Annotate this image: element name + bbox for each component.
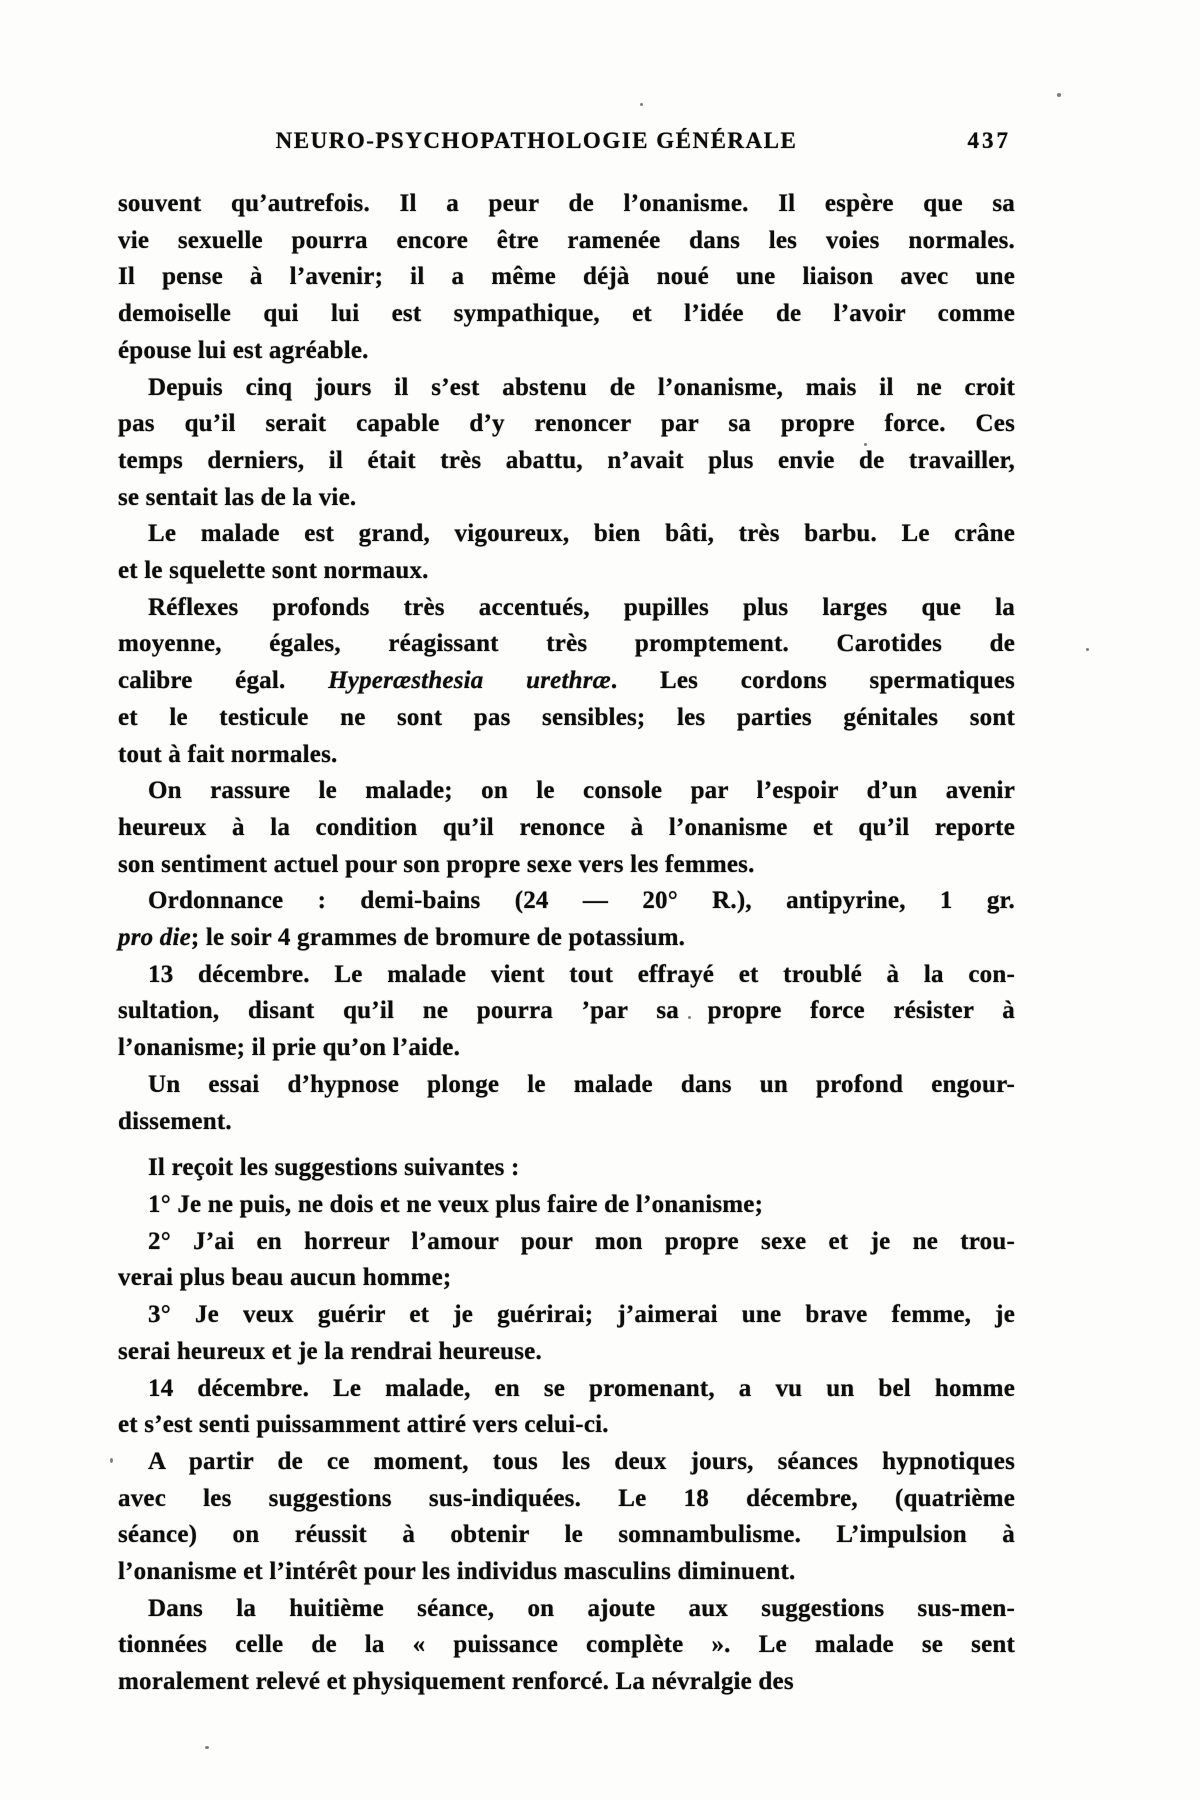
- paper-speck: [688, 1016, 691, 1019]
- text-line: l’onanisme et l’intérêt pour les individ…: [118, 1554, 1015, 1591]
- paragraph: 13 décembre. Le malade vient tout effray…: [118, 957, 1015, 1067]
- page-title: NEURO-PSYCHOPATHOLOGIE GÉNÉRALE: [118, 128, 955, 154]
- paragraph: 1° Je ne puis, ne dois et ne veux plus f…: [118, 1187, 1015, 1224]
- page-number: 437: [968, 128, 1012, 154]
- paragraph: Il reçoit les suggestions suivantes :: [118, 1150, 1015, 1187]
- text-body: souvent qu’autrefois. Il a peur de l’ona…: [118, 186, 1015, 1701]
- paper-speck: [205, 1746, 209, 1749]
- text-segment: . Les cordons spermatiques: [611, 667, 1015, 694]
- text-line: tionnées celle de la « puissance complèt…: [118, 1627, 1015, 1664]
- text-line: On rassure le malade; on le console par …: [118, 773, 1015, 810]
- text-line: épouse lui est agréable.: [118, 333, 1015, 370]
- text-line: Depuis cinq jours il s’est abstenu de l’…: [118, 370, 1015, 407]
- paragraph: On rassure le malade; on le console par …: [118, 773, 1015, 883]
- italic-text: Hyperæsthesia urethræ: [328, 667, 611, 694]
- text-line: et le squelette sont normaux.: [118, 553, 1015, 590]
- paper-speck: [640, 103, 643, 106]
- text-line: et le testicule ne sont pas sensibles; l…: [118, 700, 1015, 737]
- text-line: séance) on réussit à obtenir le somnambu…: [118, 1517, 1015, 1554]
- text-line: 1° Je ne puis, ne dois et ne veux plus f…: [118, 1187, 1015, 1224]
- text-line: calibre égal. Hyperæsthesia urethræ. Les…: [118, 663, 1015, 700]
- text-line: serai heureux et je la rendrai heureuse.: [118, 1334, 1015, 1371]
- text-line: sultation, disant qu’il ne pourra ’par s…: [118, 993, 1015, 1030]
- paragraph: Depuis cinq jours il s’est abstenu de l’…: [118, 370, 1015, 517]
- text-line: Dans la huitième séance, on ajoute aux s…: [118, 1591, 1015, 1628]
- text-column: NEURO-PSYCHOPATHOLOGIE GÉNÉRALE 437 souv…: [118, 128, 1015, 1701]
- text-line: Le malade est grand, vigoureux, bien bât…: [118, 516, 1015, 553]
- paper-speck: [1086, 648, 1089, 651]
- text-line: dissement.: [118, 1104, 1015, 1141]
- paper-speck: [110, 1458, 113, 1463]
- text-line: 2° J’ai en horreur l’amour pour mon prop…: [118, 1224, 1015, 1261]
- paper-speck: [1057, 93, 1061, 97]
- italic-text: pro die: [118, 924, 191, 951]
- text-line: et s’est senti puissamment attiré vers c…: [118, 1407, 1015, 1444]
- text-line: 3° Je veux guérir et je guérirai; j’aime…: [118, 1297, 1015, 1334]
- text-line: tout à fait normales.: [118, 737, 1015, 774]
- scanned-book-page: NEURO-PSYCHOPATHOLOGIE GÉNÉRALE 437 souv…: [0, 0, 1200, 1800]
- text-line: pas qu’il serait capable d’y renoncer pa…: [118, 406, 1015, 443]
- text-line: avec les suggestions sus-indiquées. Le 1…: [118, 1481, 1015, 1518]
- paragraph: 2° J’ai en horreur l’amour pour mon prop…: [118, 1224, 1015, 1297]
- text-line: Un essai d’hypnose plonge le malade dans…: [118, 1067, 1015, 1104]
- text-line: se sentait las de la vie.: [118, 480, 1015, 517]
- text-line: l’onanisme; il prie qu’on l’aide.: [118, 1030, 1015, 1067]
- text-line: Il pense à l’avenir; il a même déjà noué…: [118, 259, 1015, 296]
- running-head: NEURO-PSYCHOPATHOLOGIE GÉNÉRALE 437: [118, 128, 1015, 162]
- paper-speck: [864, 443, 867, 446]
- text-line: verai plus beau aucun homme;: [118, 1260, 1015, 1297]
- text-line: son sentiment actuel pour son propre sex…: [118, 847, 1015, 884]
- text-line: moralement relevé et physiquement renfor…: [118, 1664, 1015, 1701]
- paragraph: Réflexes profonds très accentués, pupill…: [118, 590, 1015, 774]
- paragraph: A partir de ce moment, tous les deux jou…: [118, 1444, 1015, 1591]
- paragraph: souvent qu’autrefois. Il a peur de l’ona…: [118, 186, 1015, 370]
- text-line: Réflexes profonds très accentués, pupill…: [118, 590, 1015, 627]
- paragraph: 14 décembre. Le malade, en se promenant,…: [118, 1371, 1015, 1444]
- text-line: 14 décembre. Le malade, en se promenant,…: [118, 1371, 1015, 1408]
- text-line: Ordonnance : demi-bains (24 — 20° R.), a…: [118, 883, 1015, 920]
- paragraph: Un essai d’hypnose plonge le malade dans…: [118, 1067, 1015, 1140]
- text-line: moyenne, égales, réagissant très prompte…: [118, 626, 1015, 663]
- paragraph: 3° Je veux guérir et je guérirai; j’aime…: [118, 1297, 1015, 1370]
- text-line: souvent qu’autrefois. Il a peur de l’ona…: [118, 186, 1015, 223]
- text-line: Il reçoit les suggestions suivantes :: [118, 1150, 1015, 1187]
- text-line: heureux à la condition qu’il renonce à l…: [118, 810, 1015, 847]
- paragraph: Ordonnance : demi-bains (24 — 20° R.), a…: [118, 883, 1015, 956]
- paragraph: Le malade est grand, vigoureux, bien bât…: [118, 516, 1015, 589]
- text-line: pro die; le soir 4 grammes de bromure de…: [118, 920, 1015, 957]
- text-segment: ; le soir 4 grammes de bromure de potass…: [191, 924, 685, 951]
- text-line: demoiselle qui lui est sympathique, et l…: [118, 296, 1015, 333]
- text-segment: calibre égal.: [118, 667, 328, 694]
- text-line: A partir de ce moment, tous les deux jou…: [118, 1444, 1015, 1481]
- text-line: 13 décembre. Le malade vient tout effray…: [118, 957, 1015, 994]
- text-line: vie sexuelle pourra encore être ramenée …: [118, 223, 1015, 260]
- text-line: temps derniers, il était très abattu, n’…: [118, 443, 1015, 480]
- paragraph: Dans la huitième séance, on ajoute aux s…: [118, 1591, 1015, 1701]
